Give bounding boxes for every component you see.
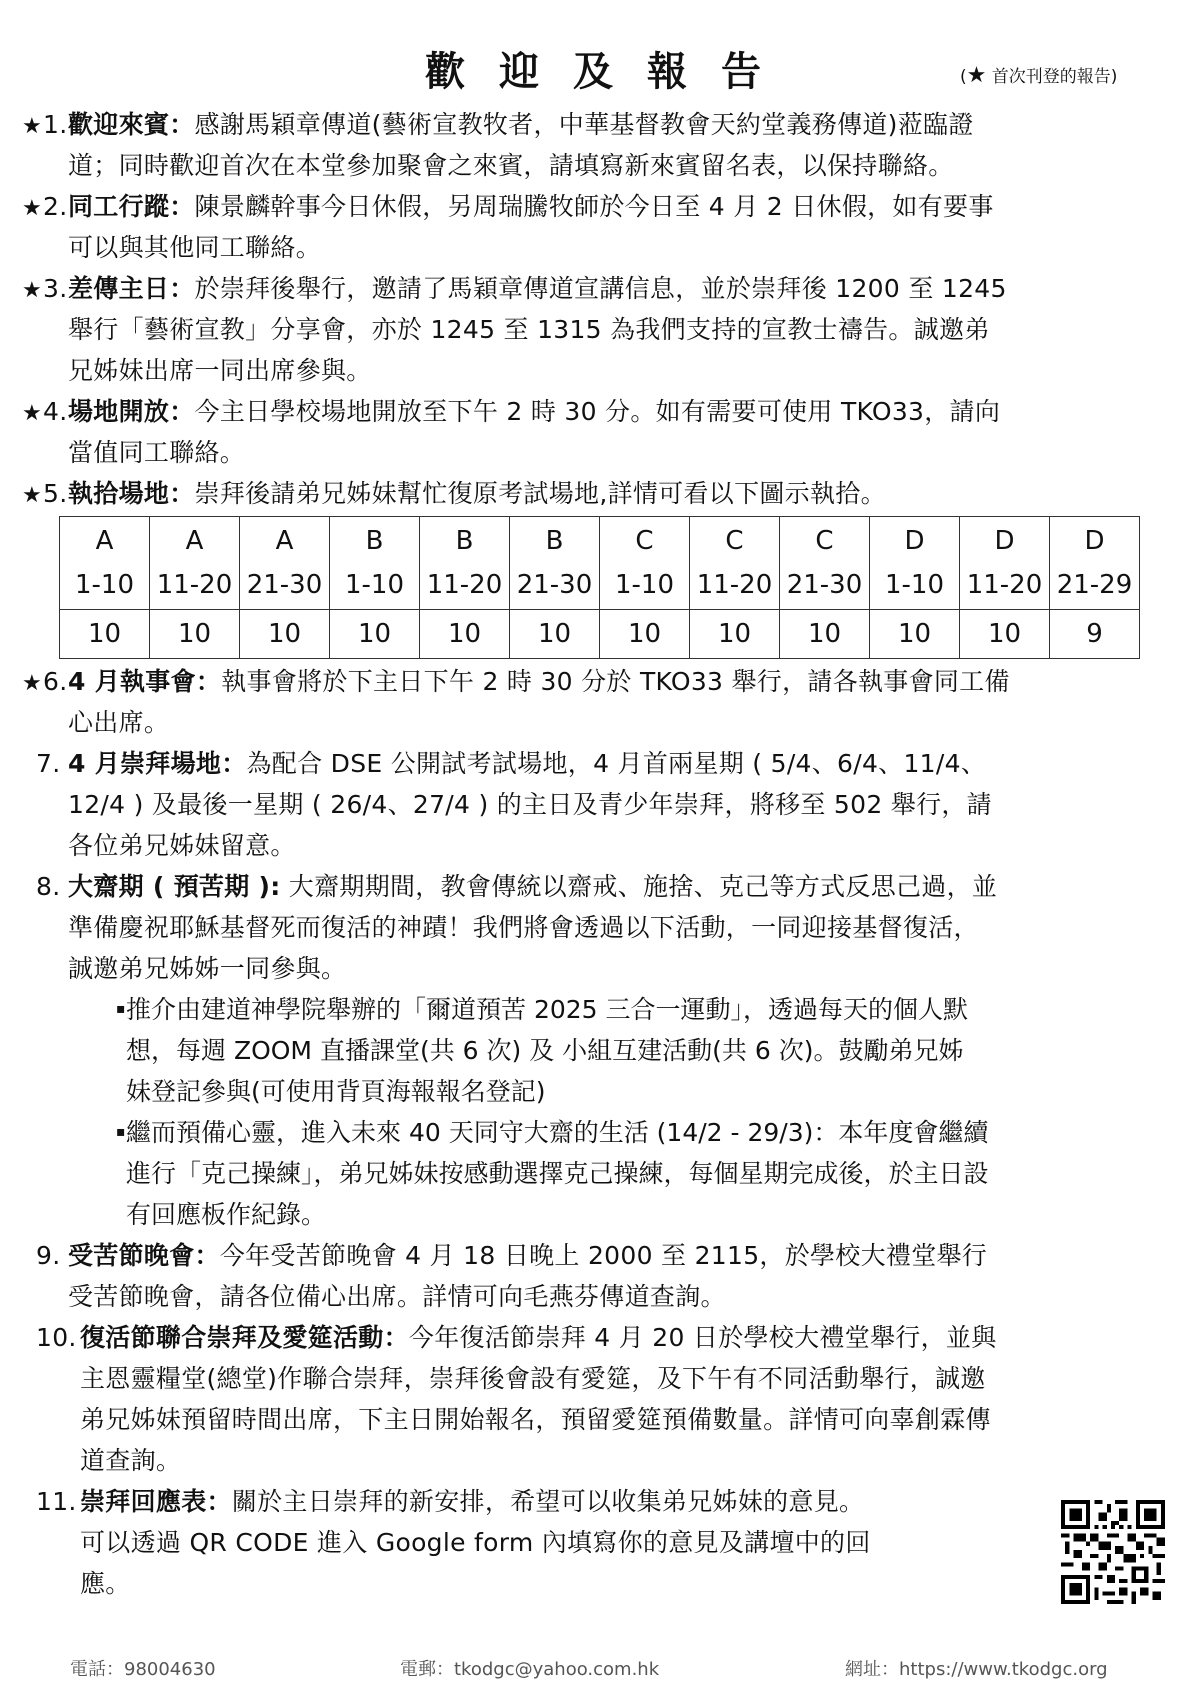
seat-zone-cell: B1-10 [330, 517, 420, 610]
item-heading: 同工行蹤： [68, 192, 195, 221]
seat-count-cell: 10 [870, 610, 960, 659]
item-number: ★1. [22, 104, 68, 147]
announcement-item: ★2.同工行蹤：陳景麟幹事今日休假，另周瑞騰牧師於今日至 4 月 2 日休假，如… [0, 186, 1200, 268]
seat-count-cell: 10 [240, 610, 330, 659]
announcement-item: ★4.場地開放：今主日學校場地開放至下午 2 時 30 分。如有需要可使用 TK… [0, 391, 1200, 473]
item-number: ★4. [22, 391, 68, 434]
item-heading: 執拾場地： [68, 479, 195, 508]
item-text-line: 主恩靈糧堂(總堂)作聯合崇拜，崇拜後會設有愛筵，及下午有不同活動舉行，誠邀 [80, 1358, 1168, 1399]
item-text-line: 同工行蹤：陳景麟幹事今日休假，另周瑞騰牧師於今日至 4 月 2 日休假，如有要事 [68, 186, 1168, 227]
announcement-item: ★3.差傳主日：於崇拜後舉行，邀請了馬穎章傳道宣講信息，並於崇拜後 1200 至… [0, 268, 1200, 391]
item-text-line: 4 月崇拜場地：為配合 DSE 公開試考試場地，4 月首兩星期 ( 5/4、6/… [68, 743, 1168, 784]
item-text-line: 舉行「藝術宣教」分享會，亦於 1245 至 1315 為我們支持的宣教士禱告。誠… [68, 309, 1168, 350]
item-number: ★6. [22, 661, 68, 704]
star-icon: ★ [22, 278, 42, 303]
item-heading: 受苦節晚會： [68, 1241, 220, 1270]
item-number: 11. [36, 1481, 82, 1522]
star-icon: ★ [22, 483, 42, 508]
item-text-line: 4 月執事會：執事會將於下主日下午 2 時 30 分於 TKO33 舉行，請各執… [68, 661, 1168, 702]
item-heading: 復活節聯合崇拜及愛筵活動： [80, 1323, 409, 1352]
seat-zone-cell: B11-20 [420, 517, 510, 610]
item-heading: 場地開放： [68, 397, 195, 426]
footer-email[interactable]: 電郵：tkodgc@yahoo.com.hk [400, 1655, 659, 1681]
seat-count-cell: 10 [330, 610, 420, 659]
seat-count-cell: 10 [690, 610, 780, 659]
seat-count-cell: 10 [420, 610, 510, 659]
seat-count-cell: 10 [60, 610, 150, 659]
legend-note: (★ 首次刊登的報告) [960, 64, 1117, 89]
item-number: 8. [36, 866, 82, 907]
announcement-item: ★1.歡迎來賓：感謝馬穎章傳道(藝術宣教牧者，中華基督教會天約堂義務傳道)蒞臨證… [0, 104, 1200, 186]
seat-count-cell: 10 [780, 610, 870, 659]
footer-website[interactable]: 網址：https://www.tkodgc.org [845, 1655, 1108, 1681]
seat-count-cell: 10 [600, 610, 690, 659]
item-text-line: 差傳主日：於崇拜後舉行，邀請了馬穎章傳道宣講信息，並於崇拜後 1200 至 12… [68, 268, 1168, 309]
item-heading: 崇拜回應表： [80, 1487, 232, 1516]
seat-zone-cell: D1-10 [870, 517, 960, 610]
item-heading: 歡迎來賓： [68, 110, 195, 139]
item-heading: 大齋期 ( 預苦期 ): [68, 872, 281, 901]
item-heading: 4 月執事會： [68, 667, 221, 696]
announcement-item: 11.崇拜回應表：關於主日崇拜的新安排，希望可以收集弟兄姊妹的意見。可以透過 Q… [0, 1481, 1200, 1604]
announcement-item: 9.受苦節晚會：今年受苦節晚會 4 月 18 日晚上 2000 至 2115，於… [0, 1235, 1200, 1317]
item-text-line: 執拾場地：崇拜後請弟兄姊妹幫忙復原考試場地,詳情可看以下圖示執拾。 [68, 473, 1168, 514]
item-heading: 4 月崇拜場地： [68, 749, 247, 778]
seat-zone-cell: C11-20 [690, 517, 780, 610]
square-bullet-icon: ▪ [116, 1112, 126, 1153]
item-text-line: 受苦節晚會，請各位備心出席。詳情可向毛燕芬傳道查詢。 [68, 1276, 1168, 1317]
item-text-line: 12/4 ) 及最後一星期 ( 26/4、27/4 ) 的主日及青少年崇拜，將移… [68, 784, 1168, 825]
seat-zone-cell: C1-10 [600, 517, 690, 610]
star-icon: ★ [967, 63, 987, 88]
announcement-item: 10.復活節聯合崇拜及愛筵活動：今年復活節崇拜 4 月 20 日於學校大禮堂舉行… [0, 1317, 1200, 1481]
item-text-line: 道；同時歡迎首次在本堂參加聚會之來賓，請填寫新來賓留名表，以保持聯絡。 [68, 145, 1168, 186]
seat-count-cell: 10 [960, 610, 1050, 659]
item-text-line: 歡迎來賓：感謝馬穎章傳道(藝術宣教牧者，中華基督教會天約堂義務傳道)蒞臨證 [68, 104, 1168, 145]
star-icon: ★ [22, 401, 42, 426]
square-bullet-icon: ▪ [116, 989, 126, 1030]
announcement-list: ★1.歡迎來賓：感謝馬穎章傳道(藝術宣教牧者，中華基督教會天約堂義務傳道)蒞臨證… [0, 104, 1200, 1604]
seat-zone-cell: D11-20 [960, 517, 1050, 610]
item-heading: 差傳主日： [68, 274, 195, 303]
seat-zone-cell: C21-30 [780, 517, 870, 610]
footer-phone: 電話：98004630 [70, 1655, 216, 1681]
item-text-line: 大齋期 ( 預苦期 ): 大齋期期間，教會傳統以齋戒、施捨、克己等方式反思己過，… [68, 866, 1168, 907]
item-number: ★5. [22, 473, 68, 516]
star-icon: ★ [22, 114, 42, 139]
item-text-line: 可以與其他同工聯絡。 [68, 227, 1168, 268]
announcement-item: 7.4 月崇拜場地：為配合 DSE 公開試考試場地，4 月首兩星期 ( 5/4、… [0, 743, 1200, 866]
qr-code[interactable] [1061, 1500, 1165, 1604]
item-text-line: 準備慶祝耶穌基督死而復活的神蹟！我們將會透過以下活動，一同迎接基督復活， [68, 907, 1168, 948]
item-number: 7. [36, 743, 82, 784]
sub-bullet-item: ▪繼而預備心靈，進入未來 40 天同守大齋的生活 (14/2 - 29/3)：本… [0, 1112, 1200, 1235]
announcement-item: ★5.執拾場地：崇拜後請弟兄姊妹幫忙復原考試場地,詳情可看以下圖示執拾。 [0, 473, 1200, 514]
seat-count-cell: 9 [1050, 610, 1140, 659]
announcement-page: 歡迎及報告 (★ 首次刊登的報告) ★1.歡迎來賓：感謝馬穎章傳道(藝術宣教牧者… [0, 0, 1200, 1697]
seat-count-cell: 10 [150, 610, 240, 659]
item-number: 9. [36, 1235, 82, 1276]
announcement-item: ★6.4 月執事會：執事會將於下主日下午 2 時 30 分於 TKO33 舉行，… [0, 661, 1200, 743]
seat-zone-cell: D21-29 [1050, 517, 1140, 610]
item-text-line: 弟兄姊妹預留時間出席，下主日開始報名，預留愛筵預備數量。詳情可向辜創霖傳 [80, 1399, 1168, 1440]
star-icon: ★ [22, 671, 42, 696]
sub-bullet-item: ▪推介由建道神學院舉辦的「爾道預苦 2025 三合一運動」，透過每天的個人默想，… [0, 989, 1200, 1112]
seat-zone-cell: A21-30 [240, 517, 330, 610]
item-text-line: 道查詢。 [80, 1440, 1168, 1481]
announcement-item: 8.大齋期 ( 預苦期 ): 大齋期期間，教會傳統以齋戒、施捨、克己等方式反思己… [0, 866, 1200, 989]
item-number: 10. [36, 1317, 82, 1358]
seat-cleanup-table: A1-10A11-20A21-30B1-10B11-20B21-30C1-10C… [59, 516, 1140, 659]
item-text-line: 可以透過 QR CODE 進入 Google form 內填寫你的意見及講壇中的… [80, 1522, 1040, 1563]
item-text-line: 各位弟兄姊妹留意。 [68, 825, 1168, 866]
item-text-line: 應。 [80, 1563, 1040, 1604]
item-text-line: 復活節聯合崇拜及愛筵活動：今年復活節崇拜 4 月 20 日於學校大禮堂舉行，並與 [80, 1317, 1168, 1358]
item-text-line: 崇拜回應表：關於主日崇拜的新安排，希望可以收集弟兄姊妹的意見。 [80, 1481, 1040, 1522]
item-text-line: 受苦節晚會：今年受苦節晚會 4 月 18 日晚上 2000 至 2115，於學校… [68, 1235, 1168, 1276]
item-number: ★3. [22, 268, 68, 311]
seat-zone-cell: A11-20 [150, 517, 240, 610]
item-text-line: 心出席。 [68, 702, 1168, 743]
seat-zone-cell: B21-30 [510, 517, 600, 610]
star-icon: ★ [22, 196, 42, 221]
item-text-line: 場地開放：今主日學校場地開放至下午 2 時 30 分。如有需要可使用 TKO33… [68, 391, 1168, 432]
seat-count-cell: 10 [510, 610, 600, 659]
item-text-line: 當值同工聯絡。 [68, 432, 1168, 473]
item-text-line: 誠邀弟兄姊姊一同參與。 [68, 948, 1168, 989]
item-number: ★2. [22, 186, 68, 229]
seat-zone-cell: A1-10 [60, 517, 150, 610]
item-text-line: 兄姊妹出席一同出席參與。 [68, 350, 1168, 391]
